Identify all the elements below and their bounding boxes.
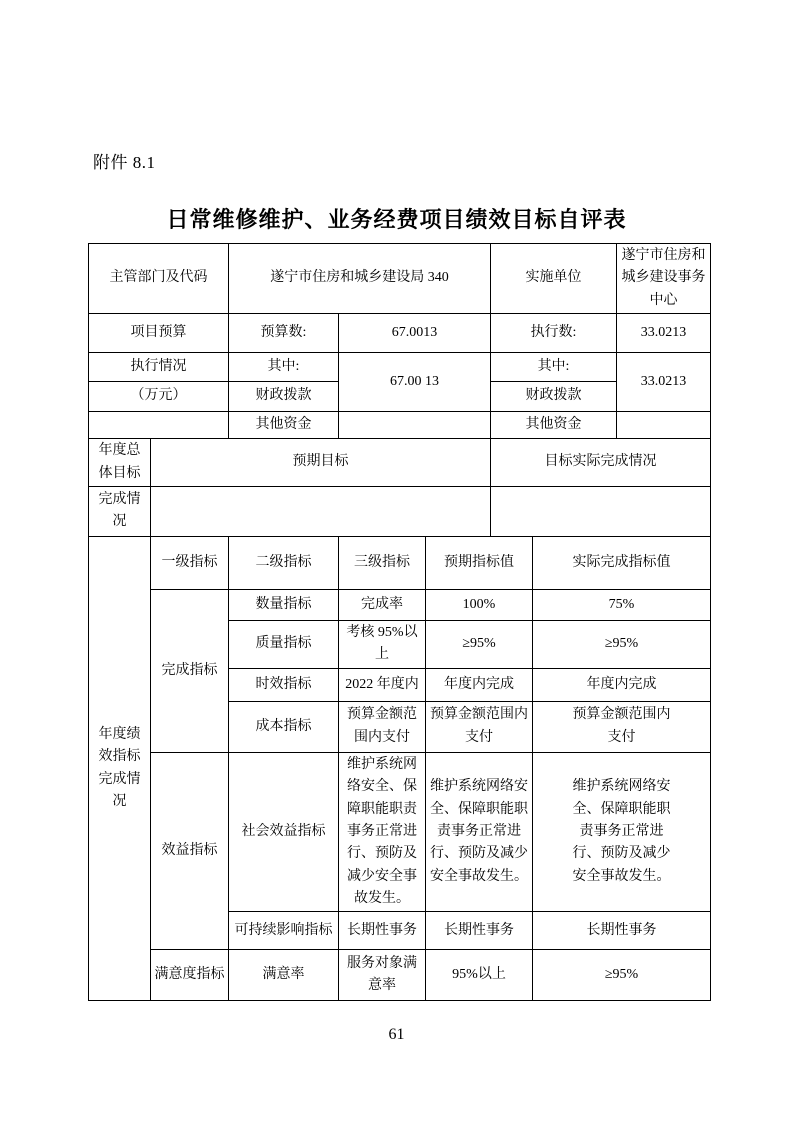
budget-amount-value: 67.0013 [339,314,491,353]
completion-rate-actual: 75% [533,589,711,620]
blank-cell [617,412,711,439]
expected-value-header: 预期指标值 [426,536,533,589]
attachment-label: 附件 8.1 [93,148,156,173]
execution-status-label: 执行情况 [89,353,229,382]
sustainability-target: 长期性事务 [339,912,426,950]
budget-other-funds-label: 其他资金 [229,412,339,439]
timeliness-target-label: 2022 年度内 [339,668,426,701]
timeliness-expected: 年度内完成 [426,668,533,701]
actual-completion-value [491,486,711,536]
table-row: 完成指标 数量指标 完成率 100% 75% [89,589,711,620]
blank-cell [339,412,491,439]
social-benefit-actual: 维护系统网络安全、保障职能职责事务正常进行、预防及减少安全事故发生。 [533,752,711,912]
cost-indicator-label: 成本指标 [229,701,339,752]
satisfaction-expected: 95%以上 [426,950,533,1001]
self-evaluation-table: 主管部门及代码 遂宁市住房和城乡建设局 340 实施单位 遂宁市住房和城乡建设事… [88,243,711,1001]
social-benefit-expected: 维护系统网络安全、保障职能职责事务正常进行、预防及减少安全事故发生。 [426,752,533,912]
quality-actual: ≥95% [533,620,711,668]
execution-fiscal-allocation-label: 财政拨款 [491,382,617,412]
budget-fiscal-allocation-label: 财政拨款 [229,382,339,412]
table-row: 项目预算 预算数: 67.0013 执行数: 33.0213 [89,314,711,353]
blank-cell [89,412,229,439]
level2-indicator-header: 二级指标 [229,536,339,589]
satisfaction-actual: ≥95% [533,950,711,1001]
actual-completion-header: 目标实际完成情况 [491,439,711,487]
supervising-dept-value: 遂宁市住房和城乡建设局 340 [229,244,491,314]
table-row: 年度总体目标 预期目标 目标实际完成情况 [89,439,711,487]
table-row: 主管部门及代码 遂宁市住房和城乡建设局 340 实施单位 遂宁市住房和城乡建设事… [89,244,711,314]
budget-amount-label: 预算数: [229,314,339,353]
unit-wanyuan-label: （万元） [89,382,229,412]
benefit-indicator-label: 效益指标 [151,752,229,950]
supervising-dept-label: 主管部门及代码 [89,244,229,314]
quantity-indicator-label: 数量指标 [229,589,339,620]
annual-overall-goal-label: 年度总体目标 [89,439,151,487]
quality-expected: ≥95% [426,620,533,668]
table-row: 其他资金 其他资金 [89,412,711,439]
level1-indicator-header: 一级指标 [151,536,229,589]
table-row: 执行情况 其中: 67.00 13 其中: 33.0213 [89,353,711,382]
document-page: 附件 8.1 日常维修维护、业务经费项目绩效目标自评表 主管部门及代码 遂宁市住… [0,0,793,1122]
expected-goal-value [151,486,491,536]
table-row: 效益指标 社会效益指标 维护系统网络安全、保障职能职责事务正常进行、预防及减少安… [89,752,711,912]
sustainability-expected: 长期性事务 [426,912,533,950]
completion-rate-label: 完成率 [339,589,426,620]
execution-amount-value: 33.0213 [617,314,711,353]
page-number: 61 [0,1026,793,1044]
social-benefit-indicator-label: 社会效益指标 [229,752,339,912]
table-row: 满意度指标 满意率 服务对象满意率 95%以上 ≥95% [89,950,711,1001]
implementing-unit-value: 遂宁市住房和城乡建设事务中心 [617,244,711,314]
execution-amount-label: 执行数: [491,314,617,353]
actual-value-header: 实际完成指标值 [533,536,711,589]
completion-rate-expected: 100% [426,589,533,620]
satisfaction-indicator-label: 满意度指标 [151,950,229,1001]
execution-other-funds-label: 其他资金 [491,412,617,439]
level3-indicator-header: 三级指标 [339,536,426,589]
sustainability-actual: 长期性事务 [533,912,711,950]
social-benefit-target: 维护系统网络安全、保障职能职责事务正常进行、预防及减少安全事故发生。 [339,752,426,912]
completion-status-label: 完成情况 [89,486,151,536]
execution-among-which-label: 其中: [491,353,617,382]
sustainability-indicator-label: 可持续影响指标 [229,912,339,950]
execution-subtotal-value: 33.0213 [617,353,711,412]
timeliness-actual: 年度内完成 [533,668,711,701]
satisfaction-target-label: 服务对象满意率 [339,950,426,1001]
expected-goal-header: 预期目标 [151,439,491,487]
satisfaction-rate-label: 满意率 [229,950,339,1001]
table-row: 完成情况 [89,486,711,536]
quality-indicator-label: 质量指标 [229,620,339,668]
implementing-unit-label: 实施单位 [491,244,617,314]
budget-among-which-label: 其中: [229,353,339,382]
cost-actual: 预算金额范围内支付 [533,701,711,752]
budget-subtotal-value: 67.00 13 [339,353,491,412]
completion-indicator-label: 完成指标 [151,589,229,752]
table-row: 年度绩效指标完成情况 一级指标 二级指标 三级指标 预期指标值 实际完成指标值 [89,536,711,589]
project-budget-label: 项目预算 [89,314,229,353]
timeliness-indicator-label: 时效指标 [229,668,339,701]
document-title: 日常维修维护、业务经费项目绩效目标自评表 [0,203,793,234]
cost-target-label: 预算金额范围内支付 [339,701,426,752]
quality-target-label: 考核 95%以上 [339,620,426,668]
cost-expected: 预算金额范围内支付 [426,701,533,752]
annual-performance-section-label: 年度绩效指标完成情况 [89,536,151,1001]
